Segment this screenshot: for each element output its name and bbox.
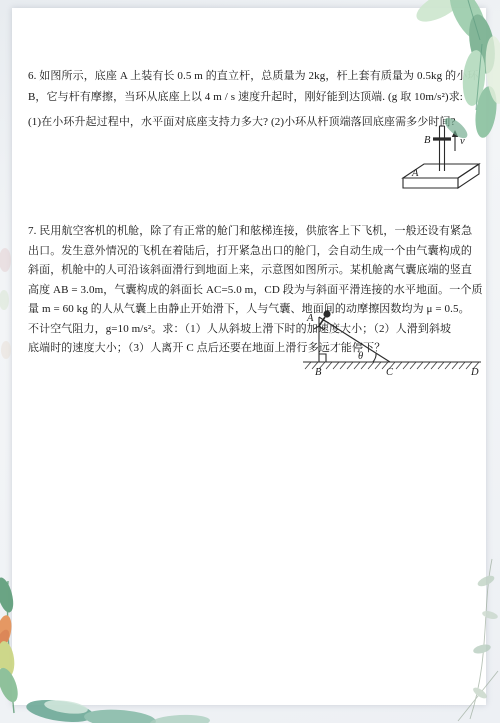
problem-6-diagram: A B v: [400, 124, 488, 198]
problem-6-line-1: 6. 如图所示，底座 A 上装有长 0.5 m 的直立杆，总质量为 2kg，杆上…: [28, 66, 482, 87]
slope-AC: [319, 317, 390, 362]
person-figure: [314, 310, 331, 330]
angle-arc: [373, 354, 376, 363]
label-v: v: [460, 136, 465, 147]
velocity-arrow-head: [452, 130, 458, 137]
label-B: B: [315, 367, 322, 378]
document-page: 6. 如图所示，底座 A 上装有长 0.5 m 的直立杆，总质量为 2kg，杆上…: [12, 8, 486, 705]
problem-6-line-2: B，它与杆有摩擦，当环从底座上以 4 m / s 速度升起时，刚好能到达顶端. …: [28, 87, 482, 108]
problem-7-line-1: 7. 民用航空客机的机舱，除了有正常的舱门和舷梯连接，供旅客上下飞机，一般还设有…: [28, 222, 482, 242]
label-theta: θ: [358, 351, 363, 362]
label-A: A: [306, 313, 314, 324]
base-side-face: [458, 164, 479, 188]
base-front-face: [403, 178, 458, 188]
label-D: D: [470, 367, 479, 378]
document-canvas: 6. 如图所示，底座 A 上装有长 0.5 m 的直立杆，总质量为 2kg，杆上…: [0, 0, 500, 723]
problem-6-text: 6. 如图所示，底座 A 上装有长 0.5 m 的直立杆，总质量为 2kg，杆上…: [28, 66, 482, 133]
problem-7-line-2: 出口。发生意外情况的飞机在着陆后，打开紧急出口的舱门，会自动生成一个由气囊构成的: [28, 242, 482, 262]
label-B: B: [424, 135, 431, 146]
problem-7-line-3: 斜面，机舱中的人可沿该斜面滑行到地面上来，示意图如图所示。某机舱离气囊底端的竖直: [28, 261, 482, 281]
problem-7-line-4: 高度 AB = 3.0m，气囊构成的斜面长 AC=5.0 m，CD 段为与斜面平…: [28, 281, 482, 301]
person-head: [323, 310, 330, 317]
label-A: A: [411, 168, 419, 179]
right-angle-mark: [319, 354, 326, 362]
label-C: C: [386, 367, 394, 378]
problem-7-diagram: A B C D θ: [295, 303, 487, 379]
